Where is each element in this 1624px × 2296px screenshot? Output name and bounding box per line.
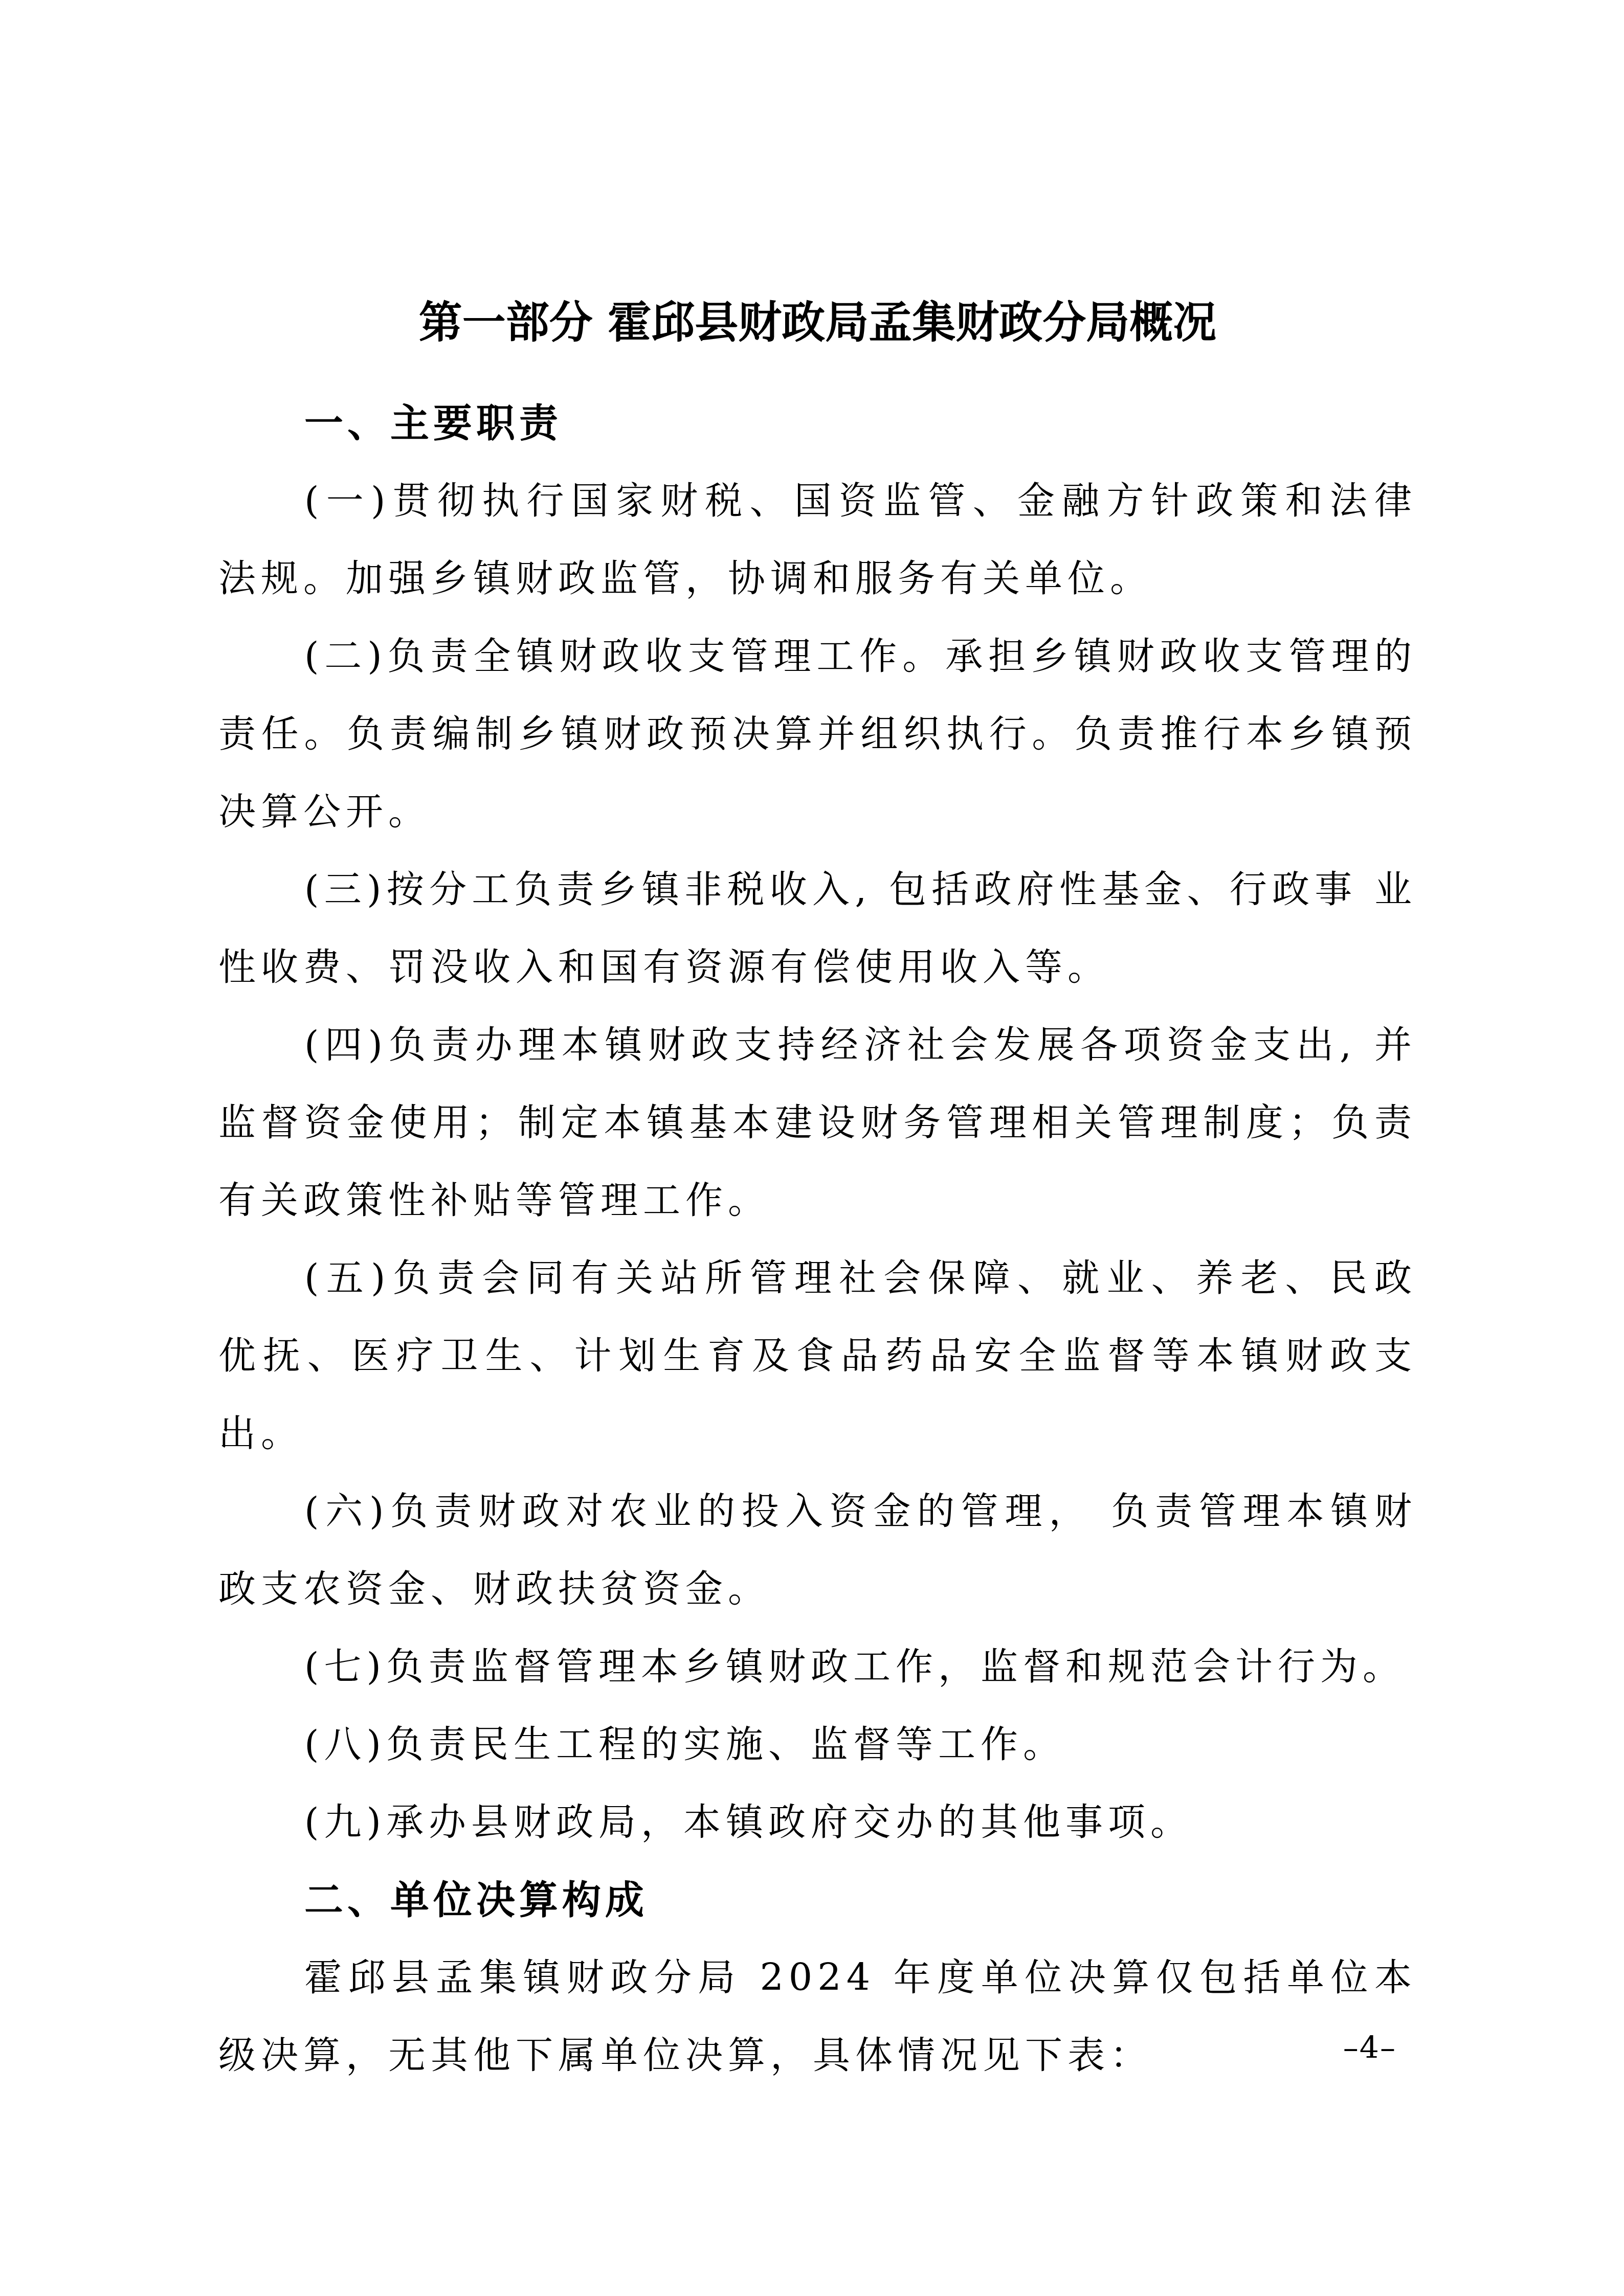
duty-paragraph-5: (五)负责会同有关站所管理社会保障、就业、养老、民政 优抚、医疗卫生、计划生育及… — [218, 1240, 1417, 1473]
page-number: –4– — [1343, 2025, 1396, 2071]
duty-paragraph-1: (一)贯彻执行国家财税、国资监管、金融方针政策和法律 法规。加强乡镇财政监管，协… — [218, 462, 1417, 618]
duty-paragraph-2: (二)负责全镇财政收支管理工作。承担乡镇财政收支管理的责任。负责编制乡镇财政预决… — [218, 618, 1417, 851]
duty-paragraph-9: (九)承办县财政局，本镇政府交办的其他事项。 — [218, 1784, 1417, 1861]
duty-paragraph-6: (六)负责财政对农业的投入资金的管理， 负责管理本镇财政支农资金、财政扶贫资金。 — [218, 1473, 1417, 1628]
duty-paragraph-3: (三)按分工负责乡镇非税收入, 包括政府性基金、行政事 业性收费、罚没收入和国有… — [218, 851, 1417, 1006]
duty-paragraph-4: (四)负责办理本镇财政支持经济社会发展各项资金支出, 并监督资金使用；制定本镇基… — [218, 1006, 1417, 1240]
duty-paragraph-8: (八)负责民生工程的实施、监督等工作。 — [218, 1706, 1417, 1784]
duty-paragraph-7: (七)负责监督管理本乡镇财政工作，监督和规范会计行为。 — [218, 1628, 1417, 1706]
unit-accounts-paragraph: 霍邱县孟集镇财政分局 2024 年度单位决算仅包括单位本级决算，无其他下属单位决… — [218, 1939, 1417, 2095]
document-title: 第一部分 霍邱县财政局孟集财政分局概况 — [218, 284, 1417, 362]
section-heading-unit-accounts: 二、单位决算构成 — [218, 1861, 1417, 1939]
document-page: 第一部分 霍邱县财政局孟集财政分局概况 一、主要职责 (一)贯彻执行国家财税、国… — [0, 0, 1624, 2296]
document-content: 第一部分 霍邱县财政局孟集财政分局概况 一、主要职责 (一)贯彻执行国家财税、国… — [218, 284, 1417, 2095]
section-heading-main-duties: 一、主要职责 — [218, 385, 1417, 462]
